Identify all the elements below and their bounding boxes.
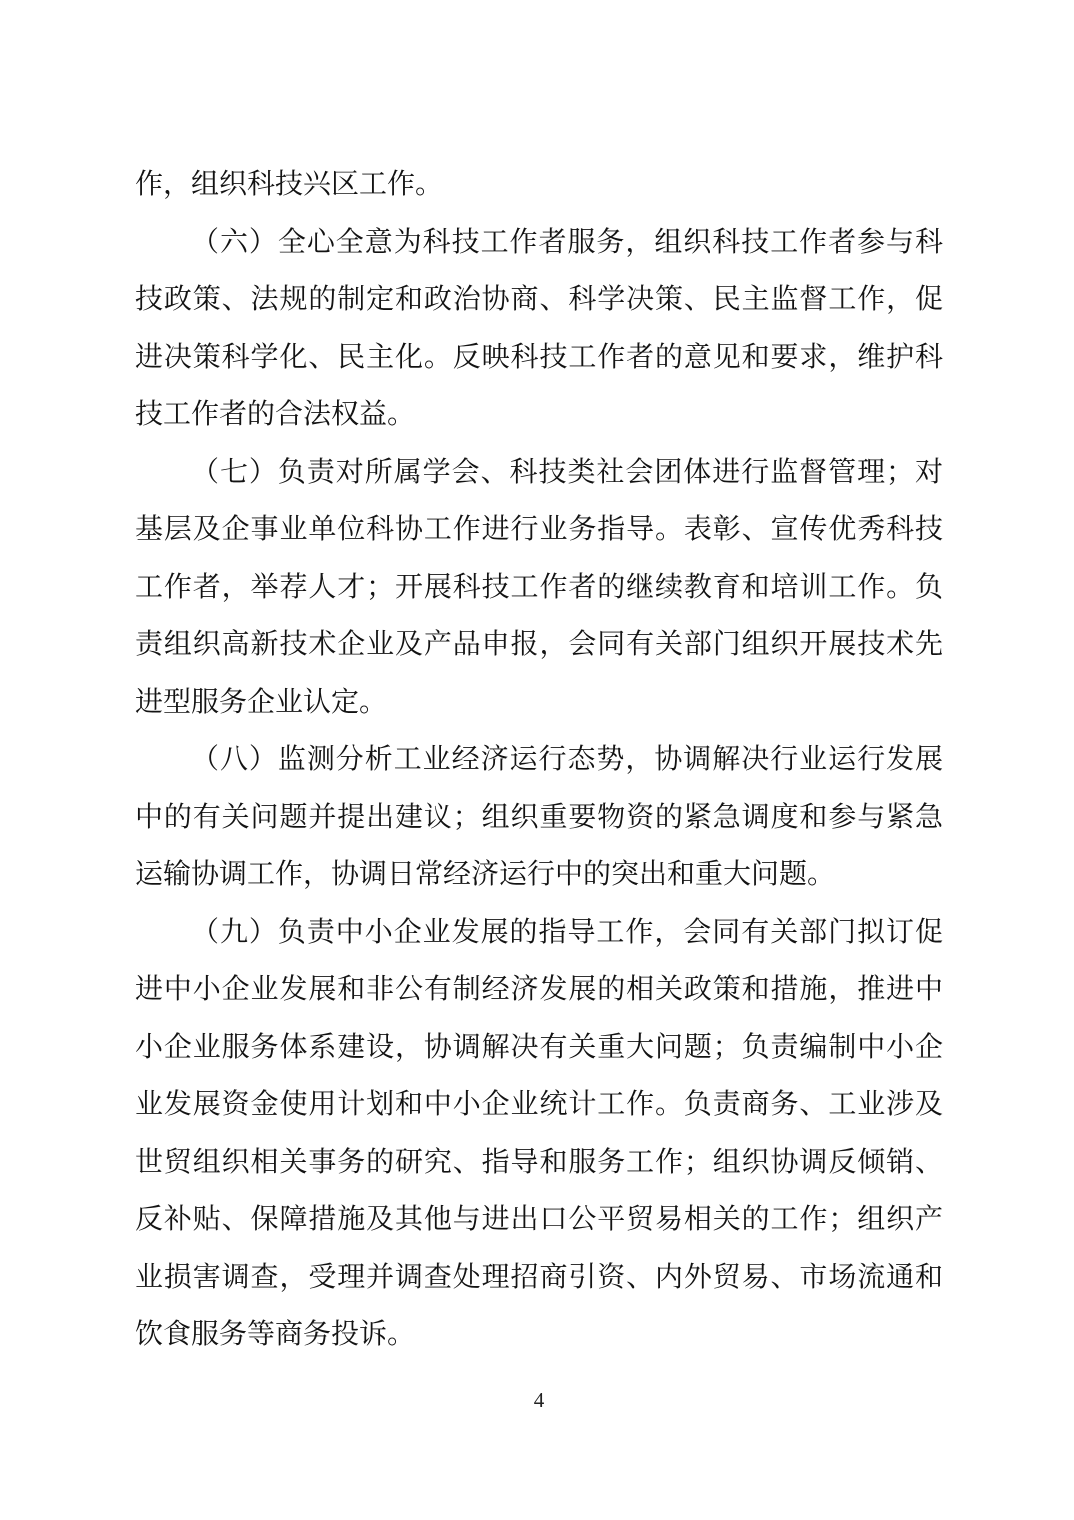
- text-line: 进决策科学化、民主化。反映科技工作者的意见和要求，维护科: [135, 329, 943, 387]
- paragraph: （九）负责中小企业发展的指导工作，会同有关部门拟订促进中小企业发展和非公有制经济…: [135, 904, 943, 1364]
- text-line: 技政策、法规的制定和政治协商、科学决策、民主监督工作，促: [135, 271, 943, 329]
- paragraph: （七）负责对所属学会、科技类社会团体进行监督管理；对基层及企事业单位科协工作进行…: [135, 444, 943, 732]
- text-line: 世贸组织相关事务的研究、指导和服务工作；组织协调反倾销、: [135, 1134, 943, 1192]
- document-page: 作，组织科技兴区工作。（六）全心全意为科技工作者服务，组织科技工作者参与科技政策…: [0, 0, 1074, 1520]
- text-line: （八）监测分析工业经济运行态势，协调解决行业运行发展: [135, 731, 943, 789]
- text-line: 作，组织科技兴区工作。: [135, 156, 943, 214]
- text-line: 进型服务企业认定。: [135, 674, 943, 732]
- text-line: （七）负责对所属学会、科技类社会团体进行监督管理；对: [135, 444, 943, 502]
- text-line: 业发展资金使用计划和中小企业统计工作。负责商务、工业涉及: [135, 1076, 943, 1134]
- text-line: 工作者，举荐人才；开展科技工作者的继续教育和培训工作。负: [135, 559, 943, 617]
- text-line: 业损害调查，受理并调查处理招商引资、内外贸易、市场流通和: [135, 1249, 943, 1307]
- text-line: 责组织高新技术企业及产品申报，会同有关部门组织开展技术先: [135, 616, 943, 674]
- paragraph: （六）全心全意为科技工作者服务，组织科技工作者参与科技政策、法规的制定和政治协商…: [135, 214, 943, 444]
- text-line: （九）负责中小企业发展的指导工作，会同有关部门拟订促: [135, 904, 943, 962]
- text-line: （六）全心全意为科技工作者服务，组织科技工作者参与科: [135, 214, 943, 272]
- text-line: 技工作者的合法权益。: [135, 386, 943, 444]
- text-line: 运输协调工作，协调日常经济运行中的突出和重大问题。: [135, 846, 943, 904]
- text-line: 进中小企业发展和非公有制经济发展的相关政策和措施，推进中: [135, 961, 943, 1019]
- text-line: 中的有关问题并提出建议；组织重要物资的紧急调度和参与紧急: [135, 789, 943, 847]
- paragraph: （八）监测分析工业经济运行态势，协调解决行业运行发展中的有关问题并提出建议；组织…: [135, 731, 943, 904]
- text-line: 反补贴、保障措施及其他与进出口公平贸易相关的工作；组织产: [135, 1191, 943, 1249]
- paragraph: 作，组织科技兴区工作。: [135, 156, 943, 214]
- text-line: 基层及企事业单位科协工作进行业务指导。表彰、宣传优秀科技: [135, 501, 943, 559]
- page-number: 4: [135, 1385, 943, 1415]
- document-body: 作，组织科技兴区工作。（六）全心全意为科技工作者服务，组织科技工作者参与科技政策…: [135, 156, 943, 1364]
- text-line: 饮食服务等商务投诉。: [135, 1306, 943, 1364]
- text-line: 小企业服务体系建设，协调解决有关重大问题；负责编制中小企: [135, 1019, 943, 1077]
